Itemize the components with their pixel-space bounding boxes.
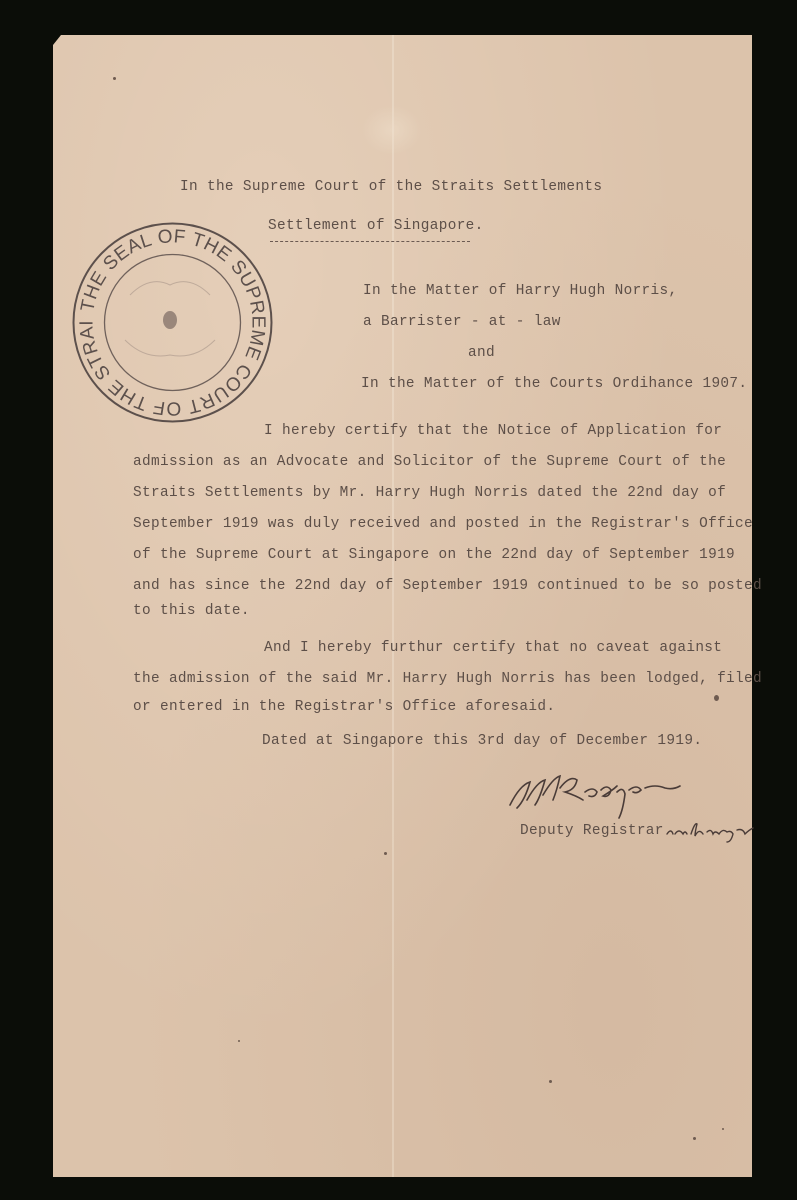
court-heading: In the Supreme Court of the Straits Sett…	[180, 180, 602, 194]
paragraph1-line: and has since the 22nd day of September …	[133, 579, 762, 593]
court-seal-stamp: THE SEAL OF THE SUPREME COURT OF THE STR…	[70, 220, 275, 425]
speck	[693, 1137, 696, 1140]
matter-line-3: and	[468, 346, 495, 360]
paragraph1-line: I hereby certify that the Notice of Appl…	[264, 424, 722, 438]
speck	[714, 695, 719, 701]
matter-line-4: In the Matter of the Courts Ordihance 19…	[361, 377, 747, 391]
paragraph1-line: Straits Settlements by Mr. Harry Hugh No…	[133, 486, 726, 500]
matter-line-2: a Barrister - at - law	[363, 315, 561, 329]
paragraph1-line: to this date.	[133, 604, 250, 618]
speck	[113, 77, 116, 80]
paragraph1-line: September 1919 was duly received and pos…	[133, 517, 753, 531]
dated-line: Dated at Singapore this 3rd day of Decem…	[262, 734, 702, 748]
handwritten-in-charge: in charge	[665, 818, 755, 844]
settlement-heading: Settlement of Singapore.	[268, 219, 484, 233]
speck	[722, 1128, 724, 1130]
paragraph2-line: the admission of the said Mr. Harry Hugh…	[133, 672, 762, 686]
speck	[384, 852, 387, 855]
heading-underline	[270, 241, 470, 242]
signatory-title: Deputy Registrar	[520, 824, 664, 838]
handwritten-signature: W. Rodyk	[505, 770, 685, 820]
paragraph2-line: or entered in the Registrar's Office afo…	[133, 700, 555, 714]
paragraph1-line: admission as an Advocate and Solicitor o…	[133, 455, 726, 469]
svg-text:W. Rodyk: W. Rodyk	[505, 770, 510, 771]
paragraph1-line: of the Supreme Court at Singapore on the…	[133, 548, 735, 562]
svg-text:in charge: in charge	[665, 818, 671, 819]
paragraph2-line: And I hereby furthur certify that no cav…	[264, 641, 722, 655]
paper-fold-line	[392, 35, 394, 1177]
speck	[549, 1080, 552, 1083]
embossed-crest	[362, 105, 422, 155]
speck	[238, 1040, 240, 1042]
matter-line-1: In the Matter of Harry Hugh Norris,	[363, 284, 678, 298]
